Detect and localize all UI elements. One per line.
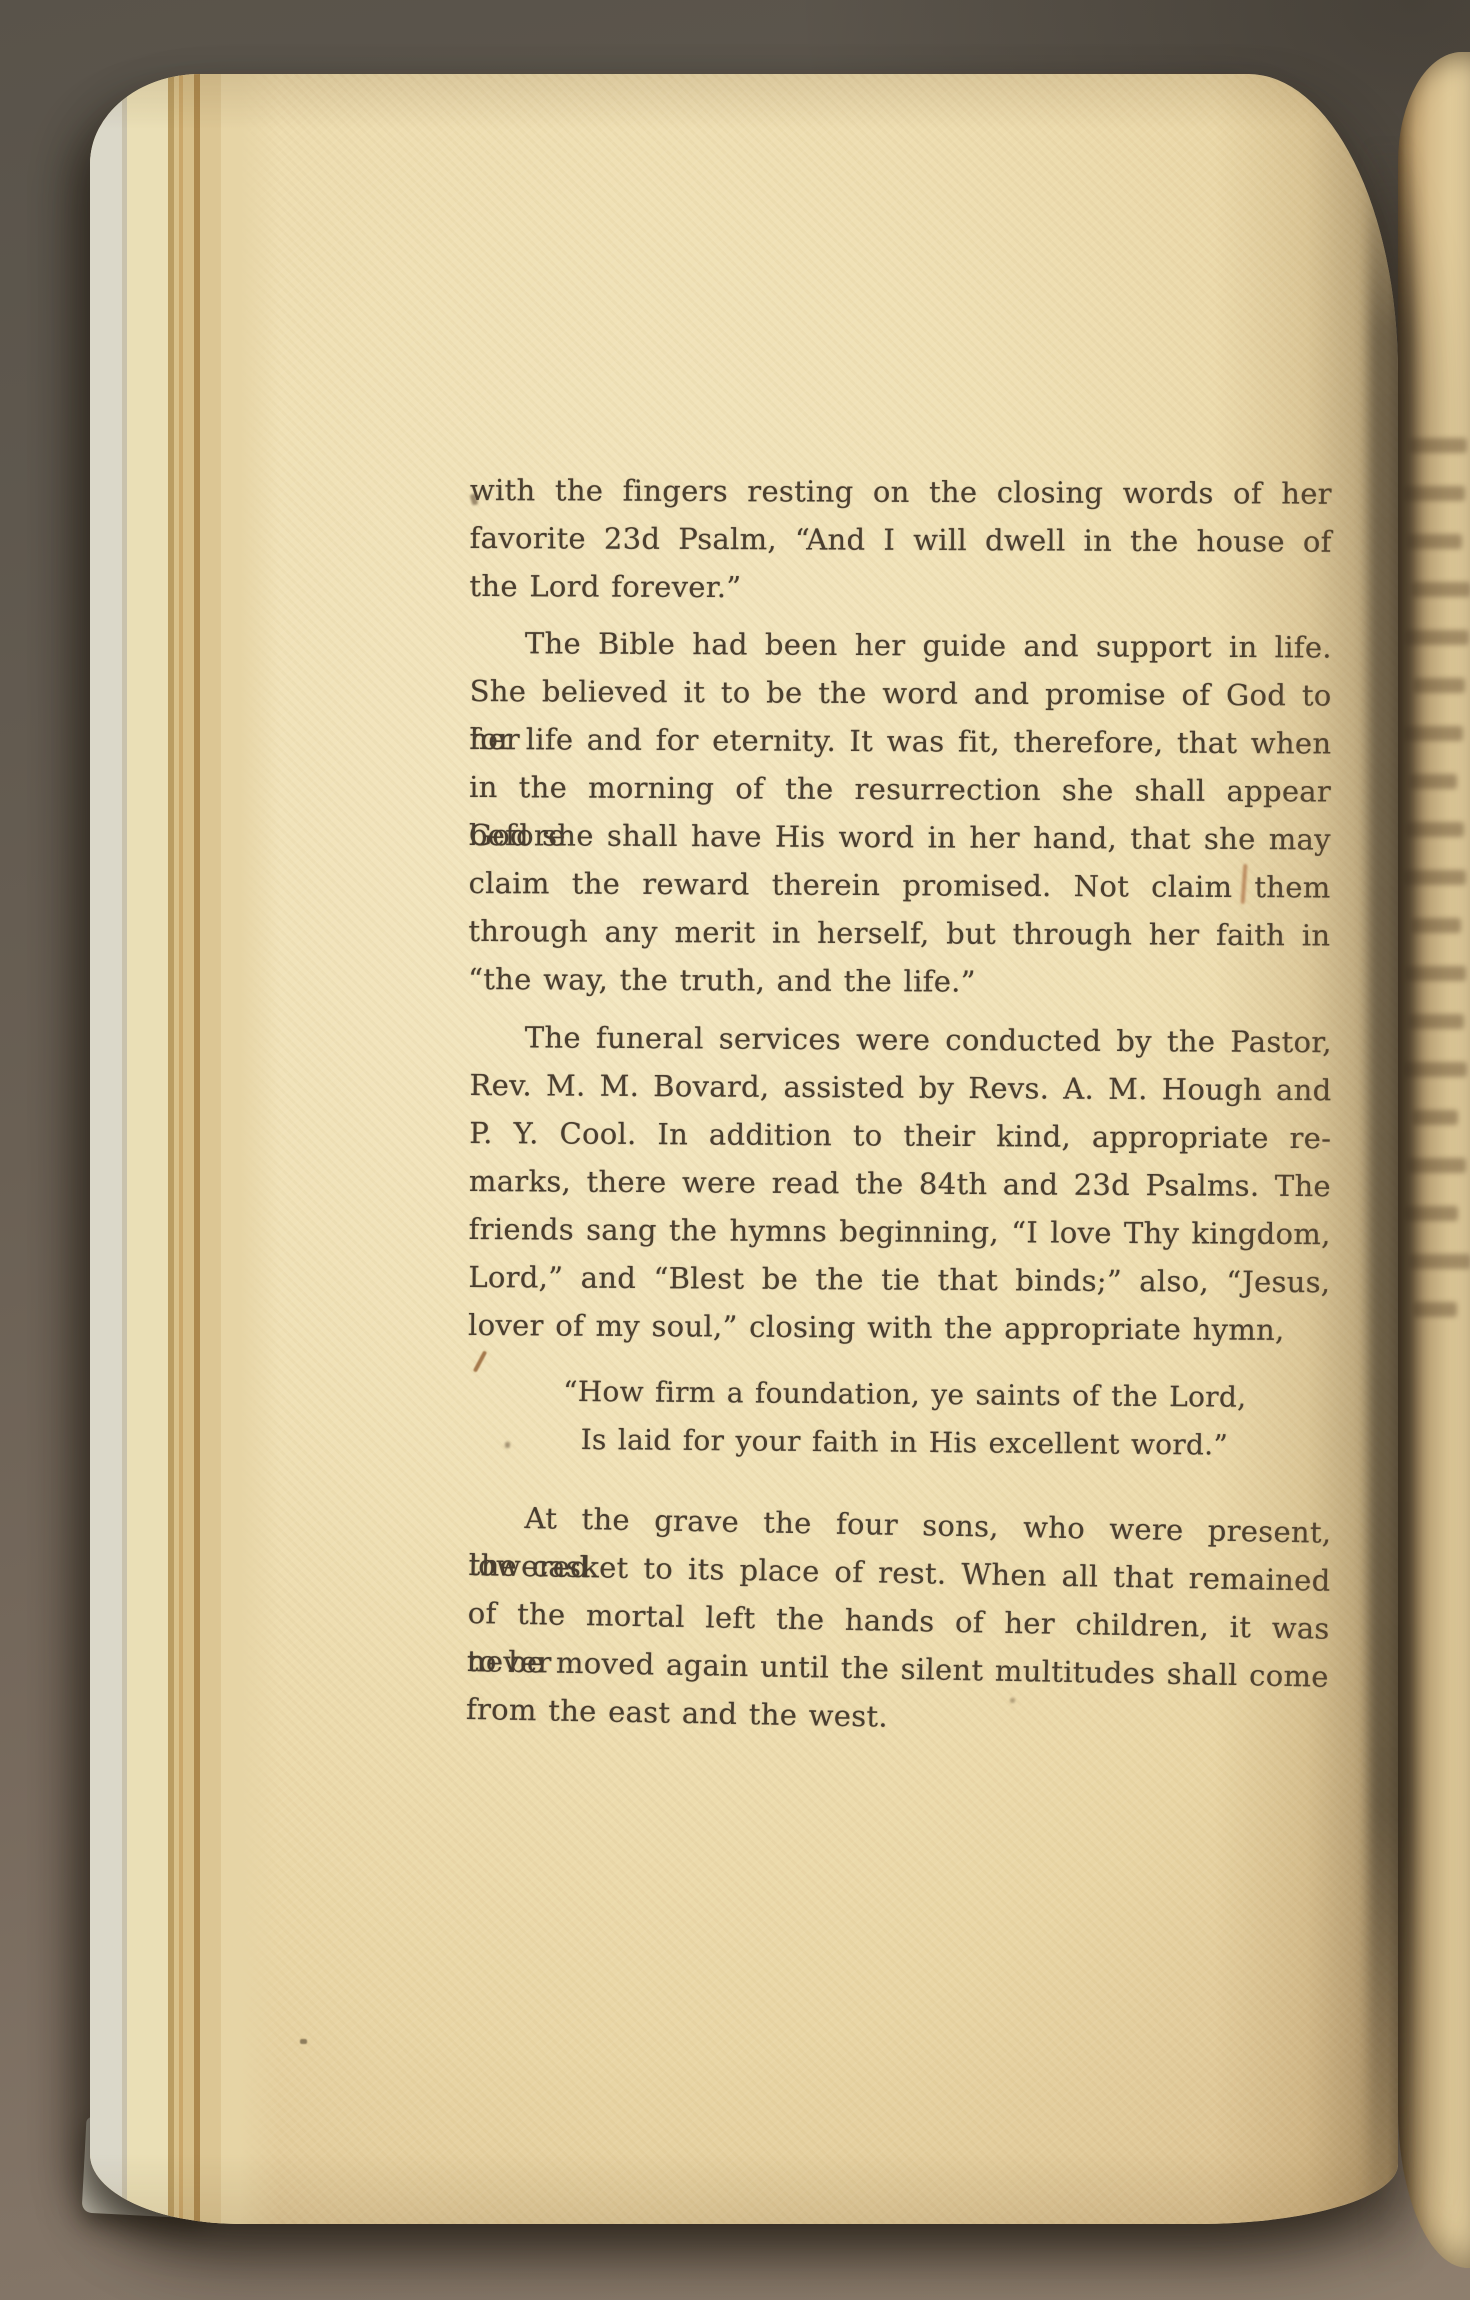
paragraph: “How firm a foundation, ye saints of the… [469, 1367, 1332, 1471]
text-line: God she shall have His word in her hand,… [469, 811, 1331, 864]
text-line: “the way, the truth, and the life.” [468, 955, 1330, 1008]
illegible-text-fragment [1407, 1158, 1466, 1173]
text-line: claim the reward therein promised. Not c… [468, 859, 1330, 912]
text-line: “How firm a foundation, ye saints of the… [540, 1368, 1270, 1422]
text-line: She believed it to be the word and promi… [469, 667, 1331, 720]
illegible-text-fragment [1409, 1254, 1470, 1269]
illegible-text-fragment [1409, 438, 1467, 453]
text-line: The Bible had been her guide and support… [470, 619, 1332, 672]
illegible-text-fragment [1413, 678, 1465, 693]
illegible-text-fragment [1407, 534, 1462, 549]
text-line: Is laid for your faith in His excellent … [539, 1416, 1269, 1470]
next-page-text-fragments [1403, 438, 1470, 1350]
text-line: Rev. M. M. Bovard, assisted by Revs. A. … [469, 1061, 1331, 1114]
illegible-text-fragment [1403, 1062, 1467, 1077]
next-page-edge [1398, 52, 1470, 2268]
illegible-text-fragment [1411, 918, 1461, 933]
faint-speck [1010, 1698, 1015, 1703]
paragraph: The Bible had been her guide and support… [468, 619, 1332, 1008]
text-line: for life and for eternity. It was fit, t… [469, 715, 1331, 768]
paragraph: At the grave the four sons, who were pre… [466, 1493, 1332, 1749]
book-page: with the fingers resting on the closing … [90, 74, 1398, 2224]
illegible-text-fragment [1408, 1014, 1464, 1029]
illegible-text-fragment [1411, 582, 1470, 597]
paragraph: with the fingers resting on the closing … [469, 466, 1332, 614]
text-line: Lord,” and “Blest be the tie that binds;… [468, 1253, 1330, 1306]
text-line: friends sang the hymns beginning, “I lov… [469, 1205, 1331, 1258]
dot-mark [505, 1442, 510, 1448]
illegible-text-fragment [1409, 774, 1457, 789]
text-line: through any merit in herself, but throug… [468, 907, 1330, 960]
text-line: The funeral services were conducted by t… [470, 1013, 1332, 1066]
text-line: lover of my soul,” closing with the appr… [468, 1301, 1330, 1354]
illegible-text-fragment [1403, 486, 1465, 501]
text-line: with the fingers resting on the closing … [470, 466, 1332, 518]
illegible-text-fragment [1405, 630, 1469, 645]
text-line: favorite 23d Psalm, “And I will dwell in… [470, 514, 1332, 566]
text-line: in the morning of the resurrection she s… [469, 763, 1331, 816]
illegible-text-fragment [1413, 1302, 1457, 1317]
page-edge-stack [90, 74, 280, 2224]
illegible-text-fragment [1412, 1110, 1458, 1125]
text-line: the Lord forever.” [469, 562, 1331, 614]
text-line: marks, there were read the 84th and 23d … [469, 1157, 1331, 1210]
page-text: with the fingers resting on the closing … [470, 466, 1332, 1733]
paragraph: The funeral services were conducted by t… [468, 1013, 1332, 1354]
illegible-text-fragment [1403, 726, 1463, 741]
illegible-text-fragment [1403, 870, 1466, 885]
text-line: P. Y. Cool. In addition to their kind, a… [469, 1109, 1331, 1162]
photo-backdrop: with the fingers resting on the closing … [0, 0, 1470, 2300]
illegible-text-fragment [1406, 822, 1464, 837]
illegible-text-fragment [1404, 1206, 1458, 1221]
dark-fleck [300, 2039, 307, 2044]
illegible-text-fragment [1405, 966, 1466, 981]
